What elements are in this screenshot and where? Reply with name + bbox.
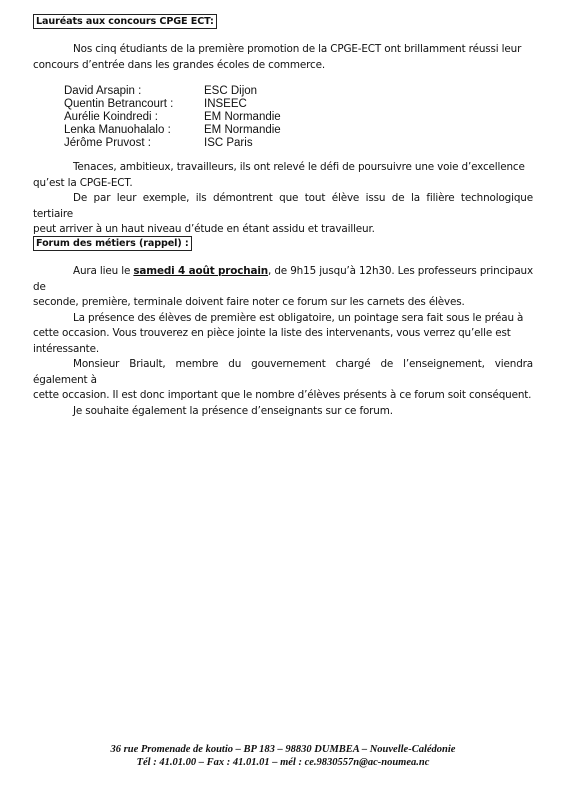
laureate-row: Jérôme Pruvost :ISC Paris (64, 137, 281, 150)
forum-date: samedi 4 août prochain (133, 265, 268, 277)
forum-paragraph: Aura lieu le samedi 4 août prochain, de … (33, 264, 533, 419)
intro-paragraph: Nos cinq étudiants de la première promot… (33, 42, 533, 73)
footer-address: 36 rue Promenade de koutio – BP 183 – 98… (0, 743, 566, 769)
laureates-list: David Arsapin :ESC Dijon Quentin Betranc… (64, 85, 281, 150)
laureate-row: Quentin Betrancourt :INSEEC (64, 98, 281, 111)
tenaces-paragraph: Tenaces, ambitieux, travailleurs, ils on… (33, 160, 533, 238)
document-page: Lauréats aux concours CPGE ECT: Nos cinq… (0, 0, 566, 800)
section-heading-laureates: Lauréats aux concours CPGE ECT: (33, 14, 217, 29)
section-heading-forum: Forum des métiers (rappel) : (33, 236, 192, 251)
laureate-row: Aurélie Koindredi :EM Normandie (64, 111, 281, 124)
laureate-row: Lenka Manuohalalo :EM Normandie (64, 124, 281, 137)
laureate-row: David Arsapin :ESC Dijon (64, 85, 281, 98)
